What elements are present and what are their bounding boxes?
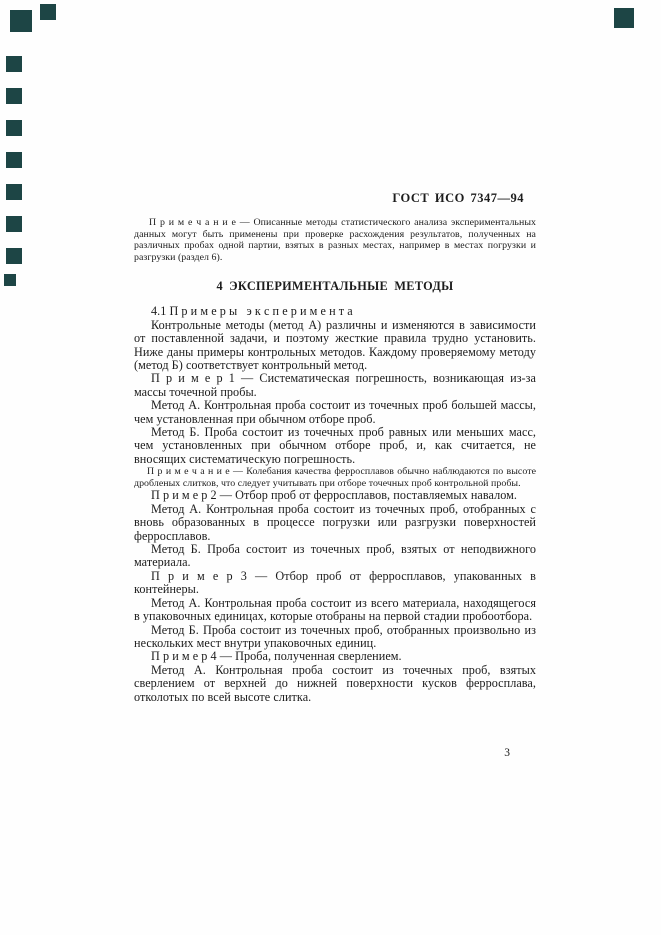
paragraph: 4.1 П р и м е р ы э к с п е р и м е н т … bbox=[134, 305, 536, 318]
watermark-square bbox=[4, 274, 16, 286]
paragraph: Метод А. Контрольная проба состоит из то… bbox=[134, 399, 536, 426]
running-header: ГОСТ ИСО 7347—94 bbox=[134, 192, 536, 205]
paragraph: П р и м е р 4 — Проба, полученная сверле… bbox=[134, 650, 536, 663]
intro-note: П р и м е ч а н и е — Описанные методы с… bbox=[134, 217, 536, 263]
section-heading: 4 ЭКСПЕРИМЕНТАЛЬНЫЕ МЕТОДЫ bbox=[134, 279, 536, 293]
paragraphs: 4.1 П р и м е р ы э к с п е р и м е н т … bbox=[134, 305, 536, 704]
paragraph: Метод А. Контрольная проба состоит из вс… bbox=[134, 597, 536, 624]
watermark-square bbox=[6, 216, 22, 232]
watermark-square bbox=[614, 8, 634, 28]
paragraph: Метод Б. Проба состоит из точечных проб,… bbox=[134, 543, 536, 570]
watermark-square bbox=[6, 152, 22, 168]
paragraph: Метод Б. Проба состоит из точечных проб,… bbox=[134, 624, 536, 651]
watermark-square bbox=[6, 88, 22, 104]
paragraph: П р и м е р 3 — Отбор проб от ферросплав… bbox=[134, 570, 536, 597]
paragraph: П р и м е р 2 — Отбор проб от ферросплав… bbox=[134, 489, 536, 502]
page-content: ГОСТ ИСО 7347—94 П р и м е ч а н и е — О… bbox=[134, 192, 536, 704]
paragraph: П р и м е ч а н и е — Колебания качества… bbox=[134, 466, 536, 489]
paragraph: П р и м е р 1 — Систематическая погрешно… bbox=[134, 372, 536, 399]
document-page: ГОСТ ИСО 7347—94 П р и м е ч а н и е — О… bbox=[0, 0, 661, 935]
watermark-square bbox=[6, 184, 22, 200]
paragraph: Метод А. Контрольная проба состоит из то… bbox=[134, 664, 536, 704]
watermark-square bbox=[40, 4, 56, 20]
paragraph: Метод А. Контрольная проба состоит из то… bbox=[134, 503, 536, 543]
watermark-square bbox=[6, 248, 22, 264]
watermark-square bbox=[6, 56, 22, 72]
watermark-square bbox=[10, 10, 32, 32]
paragraph: Метод Б. Проба состоит из точечных проб … bbox=[134, 426, 536, 466]
watermark-square bbox=[6, 120, 22, 136]
page-number: 3 bbox=[134, 747, 536, 759]
paragraph: Контрольные методы (метод А) различны и … bbox=[134, 319, 536, 373]
